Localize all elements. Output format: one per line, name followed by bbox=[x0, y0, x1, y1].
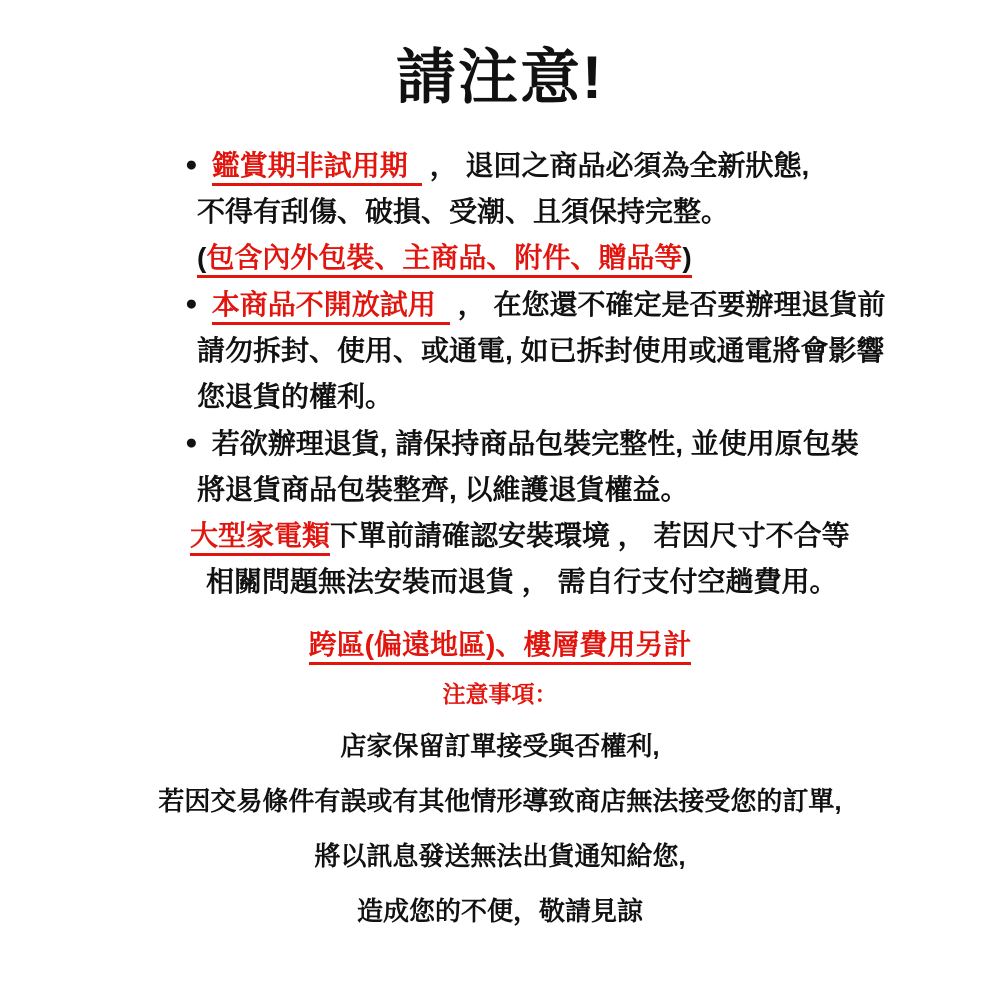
red-underlined-term: 本商品不開放試用 bbox=[212, 289, 450, 325]
red-underlined-group: (包含內外包裝、主商品、附件、贈品等) bbox=[197, 242, 692, 278]
line-do-not-unseal: 請勿拆封、使用、或通電, 如已拆封使用或通電將會影響 bbox=[0, 328, 1000, 374]
line-cross-region-fee: 跨區(偏遠地區)、樓層費用另計 bbox=[0, 621, 1000, 669]
red-underlined-term: 鑑賞期非試用期 bbox=[212, 150, 422, 186]
bullet-icon: ● bbox=[185, 420, 198, 466]
line-text: 將以訊息發送無法出貨通知給您, bbox=[314, 841, 685, 871]
line-text: 您退貨的權利。 bbox=[197, 381, 393, 412]
line-text: 不得有刮傷、破損、受潮、且須保持完整。 bbox=[197, 196, 729, 227]
bullet-line-no-trial: ●本商品不開放試用， 在您還不確定是否要辦理退貨前 bbox=[0, 281, 1000, 328]
line-packaging-included: (包含內外包裝、主商品、附件、贈品等) bbox=[0, 235, 1000, 281]
notice-page: 請注意! ●鑑賞期非試用期， 退回之商品必須為全新狀態, 不得有刮傷、破損、受潮… bbox=[0, 0, 1000, 939]
line-text: 若因交易條件有誤或有其他情形導致商店無法接受您的訂單, bbox=[158, 786, 841, 816]
line-text: 請勿拆封、使用、或通電, 如已拆封使用或通電將會影響 bbox=[197, 335, 885, 366]
notice-body: ●鑑賞期非試用期， 退回之商品必須為全新狀態, 不得有刮傷、破損、受潮、且須保持… bbox=[0, 142, 1000, 939]
red-underlined-text: 跨區(偏遠地區)、樓層費用另計 bbox=[309, 629, 692, 665]
red-underlined-term: 大型家電類 bbox=[190, 520, 330, 556]
line-text: 下單前請確認安裝環境 ， 若因尺寸不合等 bbox=[330, 520, 850, 551]
line-pack-neatly: 將退貨商品包裝整齊, 以維護退貨權益。 bbox=[0, 467, 1000, 513]
line-text: ， 退回之商品必須為全新狀態, bbox=[430, 150, 810, 181]
line-no-damage: 不得有刮傷、破損、受潮、且須保持完整。 bbox=[0, 189, 1000, 235]
line-text: 相關問題無法安裝而退貨 ， 需自行支付空趟費用。 bbox=[206, 566, 838, 597]
red-text: 注意事項： bbox=[443, 681, 558, 707]
line-return-rights: 您退貨的權利。 bbox=[0, 374, 1000, 420]
paren-open: ( bbox=[197, 242, 206, 273]
paren-close: ) bbox=[682, 242, 691, 273]
bullet-icon: ● bbox=[185, 281, 198, 327]
line-large-appliances: 大型家電類下單前請確認安裝環境 ， 若因尺寸不合等 bbox=[0, 513, 1000, 559]
line-order-acceptance: 店家保留訂單接受與否權利, bbox=[0, 719, 1000, 774]
line-notes-heading: 注意事項： bbox=[0, 669, 1000, 719]
line-text: 造成您的不便，敬請見諒 bbox=[357, 896, 643, 926]
line-transaction-error: 若因交易條件有誤或有其他情形導致商店無法接受您的訂單, bbox=[0, 774, 1000, 829]
line-text: 店家保留訂單接受與否權利, bbox=[340, 731, 659, 761]
bullet-line-viewing-period: ●鑑賞期非試用期， 退回之商品必須為全新狀態, bbox=[0, 142, 1000, 189]
bullet-icon: ● bbox=[185, 142, 198, 188]
line-empty-trip-fee: 相關問題無法安裝而退貨 ， 需自行支付空趟費用。 bbox=[0, 559, 1000, 605]
line-text: 若欲辦理退貨, 請保持商品包裝完整性, 並使用原包裝 bbox=[212, 428, 859, 459]
line-apology: 造成您的不便，敬請見諒 bbox=[0, 884, 1000, 939]
line-text: ， 在您還不確定是否要辦理退貨前 bbox=[458, 289, 886, 320]
bullet-line-return-packaging: ●若欲辦理退貨, 請保持商品包裝完整性, 並使用原包裝 bbox=[0, 420, 1000, 467]
red-text: 包含內外包裝、主商品、附件、贈品等 bbox=[206, 242, 682, 273]
line-text: 將退貨商品包裝整齊, 以維護退貨權益。 bbox=[197, 474, 689, 505]
page-title: 請注意! bbox=[0, 30, 1000, 116]
line-notify-message: 將以訊息發送無法出貨通知給您, bbox=[0, 829, 1000, 884]
